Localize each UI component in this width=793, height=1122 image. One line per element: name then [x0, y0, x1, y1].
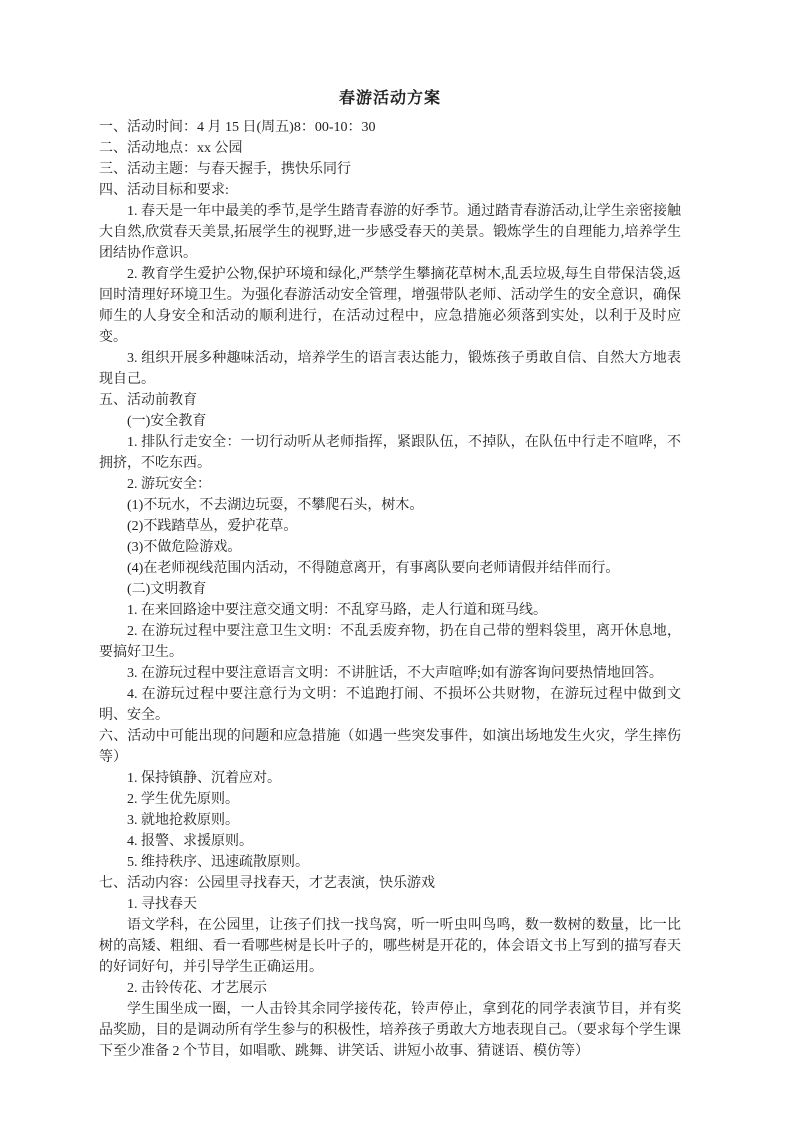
paragraph: 五、活动前教育: [99, 390, 681, 411]
paragraph: 3. 组织开展多种趣味活动，培养学生的语言表达能力，锻炼孩子勇敢自信、自然大方地…: [99, 348, 681, 390]
paragraph: (2)不践踏草丛，爱护花草。: [99, 516, 681, 537]
paragraph: 2. 学生优先原则。: [99, 789, 681, 810]
paragraph: 二、活动地点：xx 公园: [99, 138, 681, 159]
paragraph: 学生围坐成一圈，一人击铃其余同学接传花，铃声停止，拿到花的同学表演节目，并有奖品…: [99, 999, 681, 1062]
paragraph: 5. 维持秩序、迅速疏散原则。: [99, 852, 681, 873]
paragraph: 2. 教育学生爱护公物,保护环境和绿化,严禁学生攀摘花草树木,乱丢垃圾,每生自带…: [99, 264, 681, 348]
paragraph: 1. 在来回路途中要注意交通文明：不乱穿马路，走人行道和斑马线。: [99, 600, 681, 621]
document-body: 一、活动时间：4 月 15 日(周五)8：00-10：30二、活动地点：xx 公…: [99, 117, 681, 1062]
paragraph: (一)安全教育: [99, 411, 681, 432]
paragraph: 4. 在游玩过程中要注意行为文明：不追跑打闹、不损坏公共财物，在游玩过程中做到文…: [99, 684, 681, 726]
paragraph: 一、活动时间：4 月 15 日(周五)8：00-10：30: [99, 117, 681, 138]
paragraph: 1. 排队行走安全：一切行动听从老师指挥，紧跟队伍，不掉队，在队伍中行走不喧哗，…: [99, 432, 681, 474]
paragraph: (二)文明教育: [99, 579, 681, 600]
paragraph: 2. 击铃传花、才艺展示: [99, 978, 681, 999]
paragraph: 2. 在游玩过程中要注意卫生文明：不乱丢废弃物，扔在自己带的塑料袋里，离开休息地…: [99, 621, 681, 663]
paragraph: 四、活动目标和要求:: [99, 180, 681, 201]
paragraph: 3. 就地抢救原则。: [99, 810, 681, 831]
paragraph: 2. 游玩安全：: [99, 474, 681, 495]
paragraph: 1. 寻找春天: [99, 894, 681, 915]
paragraph: (1)不玩水，不去湖边玩耍，不攀爬石头，树木。: [99, 495, 681, 516]
document-title: 春游活动方案: [99, 88, 681, 110]
paragraph: 3. 在游玩过程中要注意语言文明：不讲脏话，不大声喧哗;如有游客询问要热情地回答…: [99, 663, 681, 684]
paragraph: 1. 保持镇静、沉着应对。: [99, 768, 681, 789]
paragraph: 六、活动中可能出现的问题和应急措施（如遇一些突发事件，如演出场地发生火灾，学生摔…: [99, 726, 681, 768]
document-page: 春游活动方案 一、活动时间：4 月 15 日(周五)8：00-10：30二、活动…: [0, 0, 793, 1122]
paragraph: 语文学科，在公园里，让孩子们找一找鸟窝，听一听虫叫鸟鸣，数一数树的数量，比一比树…: [99, 915, 681, 978]
paragraph: (3)不做危险游戏。: [99, 537, 681, 558]
paragraph: 三、活动主题：与春天握手，携快乐同行: [99, 159, 681, 180]
paragraph: 4. 报警、求援原则。: [99, 831, 681, 852]
paragraph: 1. 春天是一年中最美的季节,是学生踏青春游的好季节。通过踏青春游活动,让学生亲…: [99, 201, 681, 264]
paragraph: (4)在老师视线范围内活动，不得随意离开，有事离队要向老师请假并结伴而行。: [99, 558, 681, 579]
paragraph: 七、活动内容：公园里寻找春天，才艺表演，快乐游戏: [99, 873, 681, 894]
